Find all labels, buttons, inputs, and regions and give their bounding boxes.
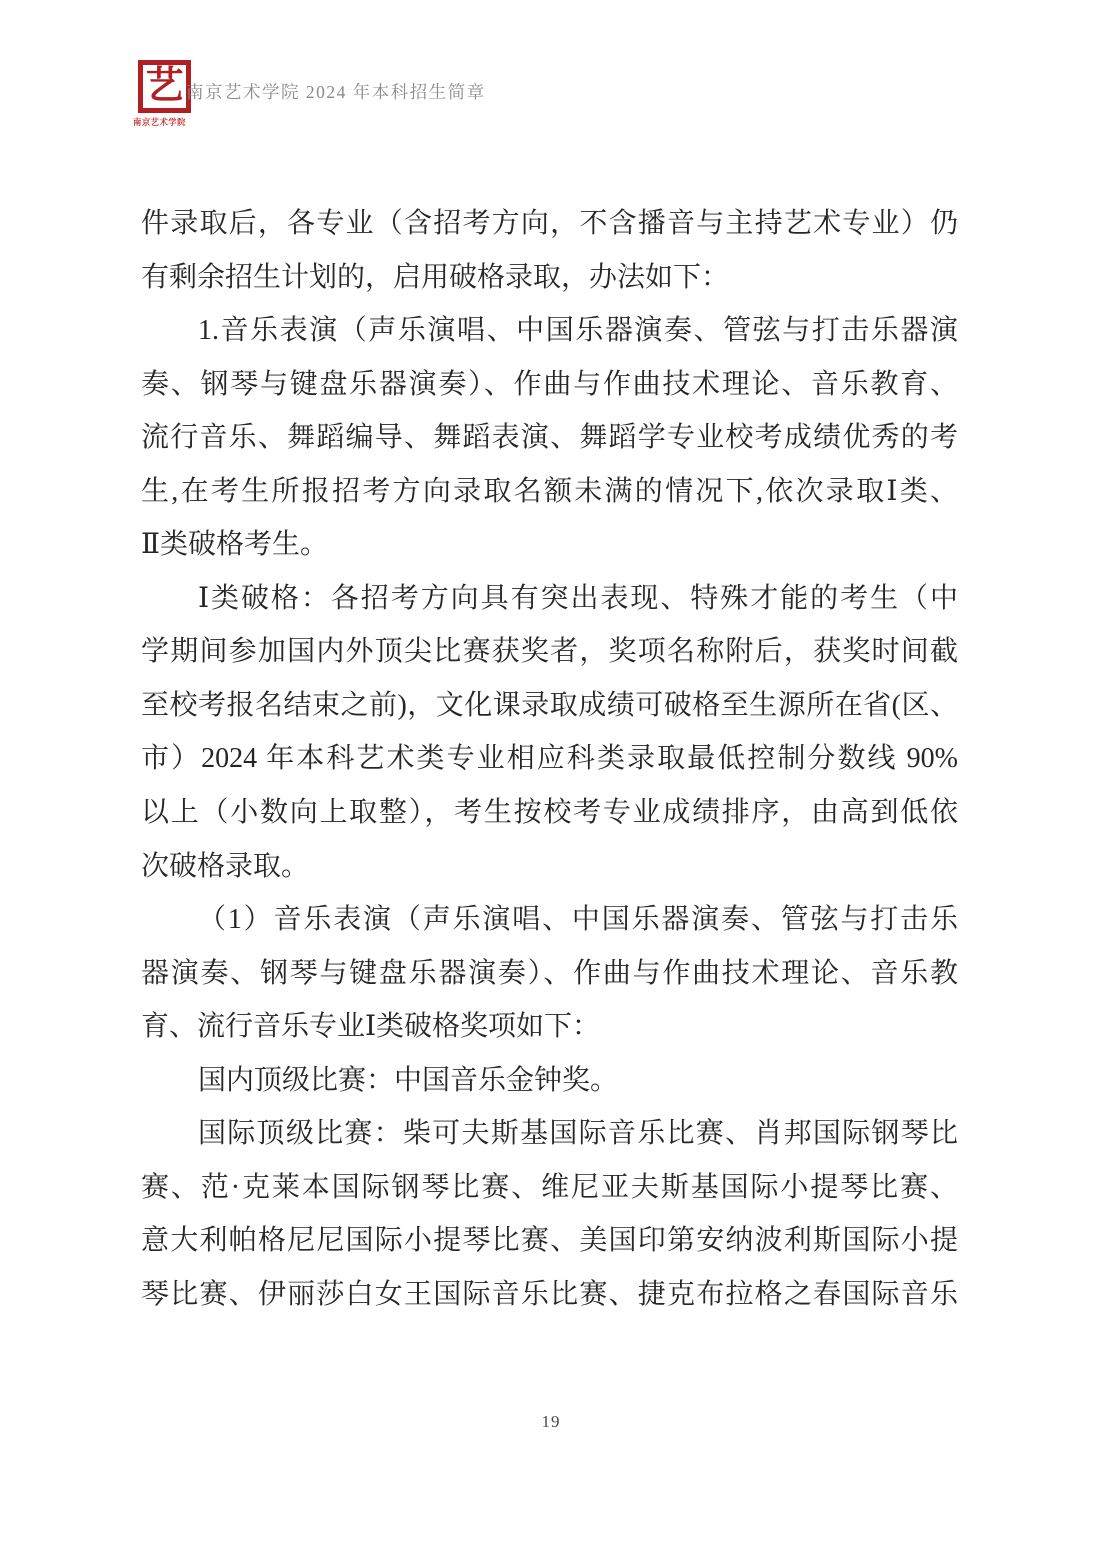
text-line: 意大利帕格尼尼国际小提琴比赛、美国印第安纳波利斯国际小提 [141,1214,958,1268]
text-line: 赛、范·克莱本国际钢琴比赛、维尼亚夫斯基国际小提琴比赛、 [141,1161,958,1215]
text-line: 流行音乐、舞蹈编导、舞蹈表演、舞蹈学专业校考成绩优秀的考 [141,411,958,465]
document-page: 艺 南京艺术学院 南京艺术学院 2024 年本科招生简章 件录取后，各专业（含招… [0,0,1102,1559]
seal-glyph-icon: 艺 [145,67,183,105]
text-line: 至校考报名结束之前)，文化课录取成绩可破格至生源所在省(区、 [141,679,958,733]
document-body: 件录取后，各专业（含招考方向，不含播音与主持艺术专业）仍 有剩余招生计划的，启用… [141,197,958,1321]
text-line: 奏、钢琴与键盘乐器演奏）、作曲与作曲技术理论、音乐教育、 [141,358,958,412]
text-line: 件录取后，各专业（含招考方向，不含播音与主持艺术专业）仍 [141,197,958,251]
text-line: 育、流行音乐专业Ⅰ类破格奖项如下： [141,1000,958,1054]
text-line: 学期间参加国内外顶尖比赛获奖者，奖项名称附后，获奖时间截 [141,625,958,679]
text-line: Ⅱ类破格考生。 [141,518,958,572]
text-line: 器演奏、钢琴与键盘乐器演奏）、作曲与作曲技术理论、音乐教 [141,947,958,1001]
text-line: Ⅰ类破格：各招考方向具有突出表现、特殊才能的考生（中 [141,572,958,626]
page-number: 19 [0,1412,1102,1432]
text-line: 次破格录取。 [141,840,958,894]
text-line: 有剩余招生计划的，启用破格录取，办法如下： [141,251,958,305]
text-line: 生,在考生所报招考方向录取名额未满的情况下,依次录取Ⅰ类、 [141,465,958,519]
document-header: 艺 南京艺术学院 南京艺术学院 2024 年本科招生简章 [0,0,1102,140]
text-line: 国际顶级比赛：柴可夫斯基国际音乐比赛、肖邦国际钢琴比 [141,1107,958,1161]
text-line: 以上（小数向上取整），考生按校考专业成绩排序，由高到低依 [141,786,958,840]
document-header-title: 南京艺术学院 2024 年本科招生简章 [186,79,486,104]
text-line: 1.音乐表演（声乐演唱、中国乐器演奏、管弦与打击乐器演 [141,304,958,358]
university-seal-logo: 艺 [138,60,191,113]
text-line: 琴比赛、伊丽莎白女王国际音乐比赛、捷克布拉格之春国际音乐 [141,1268,958,1322]
text-line: 市）2024 年本科艺术类专业相应科类录取最低控制分数线 90% [141,732,958,786]
seal-caption: 南京艺术学院 [133,116,196,128]
text-line: 国内顶级比赛：中国音乐金钟奖。 [141,1054,958,1108]
text-line: （1）音乐表演（声乐演唱、中国乐器演奏、管弦与打击乐 [141,893,958,947]
